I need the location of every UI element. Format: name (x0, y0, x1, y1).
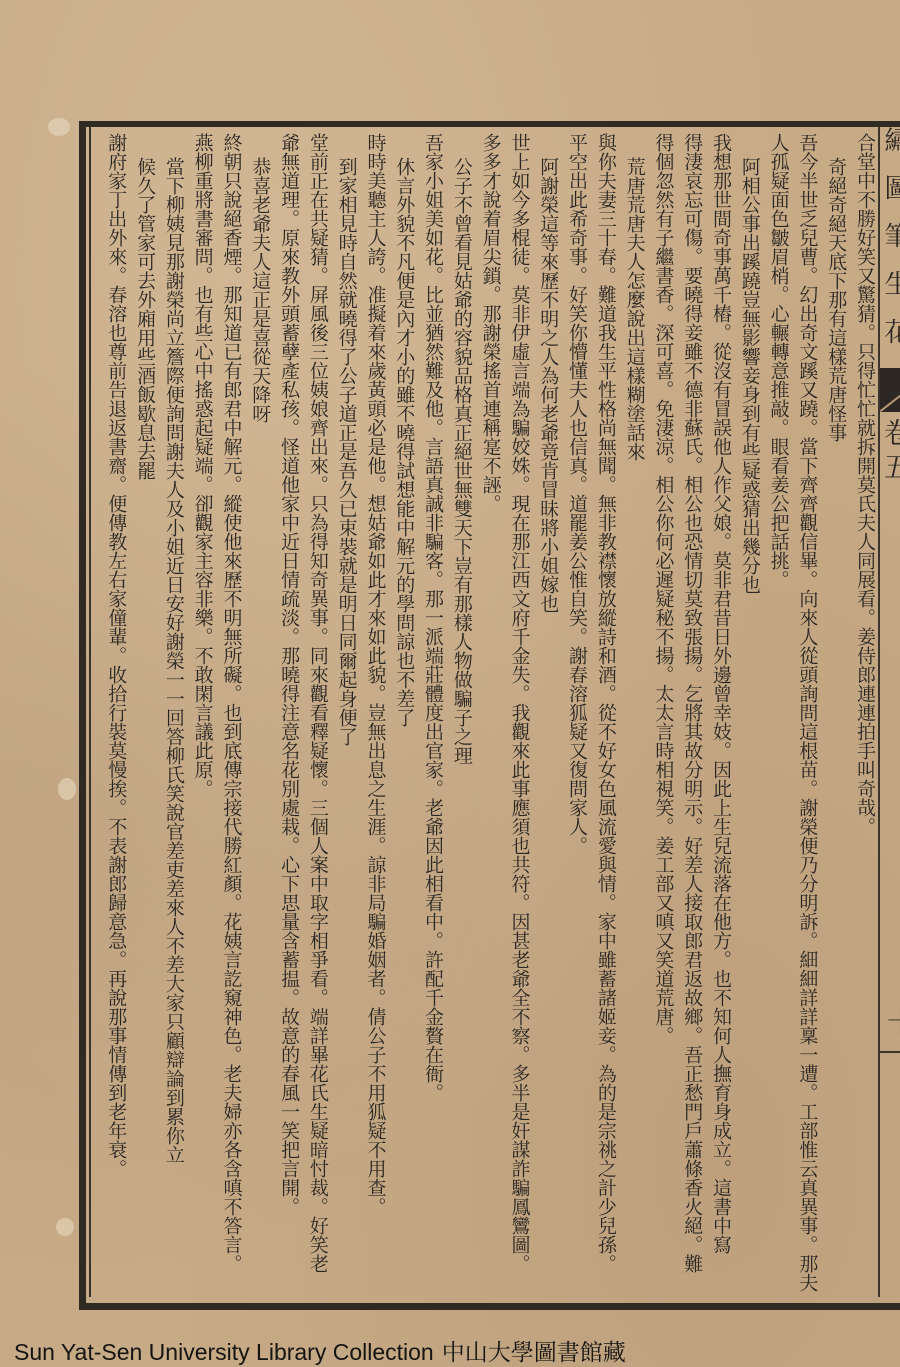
text-column: 公子不曾看見姑爺的容貌品格真正絕世無雙天下豈有那樣人物做騙子之理 (447, 133, 476, 1295)
volume-label: 卷五 (881, 418, 900, 488)
fishtail-mark-icon (880, 368, 900, 412)
text-column: 到家相見時自然就曉得了公子道正是吾久已束裝就是明日同爾起身便了 (332, 133, 361, 1295)
book-title: 繡圖筆生花 (880, 126, 900, 366)
text-column: 終朝只說絕香煙。那知道已有郎君中解元。縱使他來歷不明無所礙。也到底傳宗接代勝紅顏… (217, 133, 246, 1295)
text-column: 吾今半世乏兒曹。幻出奇文蹊又蹺。當下齊齊觀信畢。向來人從頭詢問這根苗。謝榮便乃分… (793, 133, 822, 1295)
text-column: 與你夫妻三十春。難道我生平性格尚無聞。無非教襟懷放縱詩和酒。從不好女色風流愛與情… (591, 133, 620, 1295)
binding-hole-top (48, 118, 70, 136)
text-column: 謝府家丁出外來。春溶也尊前告退返書齋。便傳教左右家僮輩。收拾行裝莫慢挨。不表謝郎… (101, 133, 130, 1295)
text-column: 當下柳姨見那謝榮尚立簷際便詢問謝夫人及小姐近日安好謝榮一一回答柳氏笑說官差吏差來… (159, 133, 188, 1295)
text-column: 荒唐荒唐夫人怎麼說出這樣糊塗話來 (620, 133, 649, 1295)
center-fold-cross-rule (878, 1051, 900, 1053)
text-body: 合堂中不勝好笑又驚猜。只得忙忙就拆開莫氏夫人同展看。姜侍郎連連拍手叫奇哉。 奇絕… (101, 133, 879, 1295)
text-column: 人孤疑面色皺眉梢。心輾轉意推敲。眼看姜公把話挑。 (764, 133, 793, 1295)
frame-inner-rule (89, 127, 91, 1297)
text-column: 阿謝榮這等來歷不明之人為何老爺竟肯冒昧將小姐嫁也 (533, 133, 562, 1295)
text-column: 休言外貌不凡便是內才小的雖不曉得試想能中解元的學問諒也不差了 (389, 133, 418, 1295)
text-column: 候久了管家可去外廂用些酒飯歇息去罷 (130, 133, 159, 1295)
text-column: 多多才說着眉尖鎖。那謝榮搖首連稱寔不誣。 (476, 133, 505, 1295)
text-column: 堂前正在共疑猜。屏風後三位姨娘齊出來。只為得知奇異事。同來觀看釋疑懷。三個人案中… (303, 133, 332, 1295)
text-column: 燕柳重將書審問。也有些心中搖惑起疑端。卻觀家主容非樂。不敢閑言議此原。 (188, 133, 217, 1295)
collection-credit: Sun Yat-Sen University Library Collectio… (14, 1334, 626, 1367)
binding-hole-middle (58, 778, 76, 800)
text-column: 奇絕奇絕天底下那有這樣荒唐怪事 (821, 133, 850, 1295)
text-column: 恭喜老爺夫人這正是喜從天降呀 (245, 133, 274, 1295)
folio-number: 十 (884, 1008, 900, 1048)
binding-hole-bottom (56, 1218, 74, 1236)
text-column: 得個忽然有子繼書香。深可喜。免淒涼。相公你何必遲疑秘不揚。太太言時相視笑。姜工部… (649, 133, 678, 1295)
text-column: 世上如今多棍徒。莫非伊虛言端為騙姣姝。現在那江西文府千金失。我觀來此事應須也共符… (505, 133, 534, 1295)
text-column: 吾家小姐美如花。比並猶然難及他。言語真誠非騙客。那一派端莊體度出官家。老爺因此相… (418, 133, 447, 1295)
text-column: 得淒哀忘可傷。要曉得妾雖不德非蘇氏。相公也恐情切莫致張揚。乞將其故分明示。好差人… (677, 133, 706, 1295)
text-column: 阿相公事出蹊蹺豈無影響妾身到有些疑惑猜出幾分也 (735, 133, 764, 1295)
text-column: 我想那世間奇事萬千樁。從沒有冒誤他人作父娘。莫非君昔日外邊曾幸妓。因此上生兒流落… (706, 133, 735, 1295)
text-column: 平空出此希奇事。好笑你懵懂夫人也信真。道罷姜公惟自笑。謝春溶狐疑又復問家人。 (562, 133, 591, 1295)
collection-credit-english: Sun Yat-Sen University Library Collectio… (14, 1339, 434, 1365)
text-column: 爺無道理。原來教外頭蓄孽產私孩。怪道他家中近日情疏淡。那曉得注意名花別處栽。心下… (274, 133, 303, 1295)
collection-credit-chinese: 中山大學圖書館藏 (442, 1339, 626, 1365)
text-column: 時時美聽主人誇。准擬着來歲黃頭必是他。想姑爺如此才來如此貌。豈無出息之生涯。諒非… (361, 133, 390, 1295)
text-column: 合堂中不勝好笑又驚猜。只得忙忙就拆開莫氏夫人同展看。姜侍郎連連拍手叫奇哉。 (850, 133, 879, 1295)
